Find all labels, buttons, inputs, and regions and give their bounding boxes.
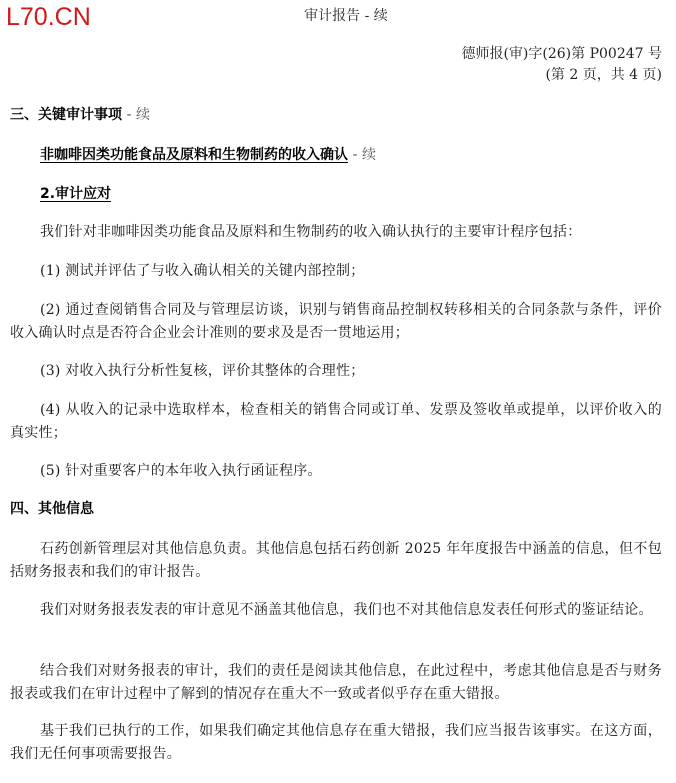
other-info-paragraph: 石药创新管理层对其他信息负责。其他信息包括石药创新 2025 年年度报告中涵盖的…	[10, 538, 662, 584]
section-3-title: 三、关键审计事项	[10, 107, 122, 123]
item-title: 2.审计应对	[40, 186, 111, 202]
report-reference: 德师报(审)字(26)第 P00247 号 (第 2 页，共 4 页)	[461, 44, 662, 86]
other-info-paragraph: 我们对财务报表发表的审计意见不涵盖其他信息，我们也不对其他信息发表任何形式的鉴证…	[10, 599, 662, 622]
procedure-item: (4) 从收入的记录中选取样本，检查相关的销售合同或订单、发票及签收单或提单，以…	[10, 399, 662, 445]
subsection-title: 非咖啡因类功能食品及原料和生物制药的收入确认	[40, 147, 348, 163]
item-heading: 2.审计应对	[40, 184, 111, 204]
procedure-item: (2) 通过查阅销售合同及与管理层访谈，识别与销售商品控制权转移相关的合同条款与…	[10, 299, 662, 345]
section-3-heading: 三、关键审计事项 - 续	[10, 105, 150, 125]
report-number: 德师报(审)字(26)第 P00247 号	[461, 44, 662, 65]
procedure-item: (3) 对收入执行分析性复核，评价其整体的合理性；	[10, 360, 662, 383]
procedure-item: (5) 针对重要客户的本年收入执行函证程序。	[10, 460, 662, 483]
continued-label: - 续	[122, 107, 150, 123]
section-4-heading: 四、其他信息	[10, 499, 94, 519]
page-info: (第 2 页，共 4 页)	[461, 65, 662, 86]
running-header: 审计报告 - 续	[0, 6, 676, 26]
subsection-heading: 非咖啡因类功能食品及原料和生物制药的收入确认 - 续	[40, 145, 376, 165]
other-info-paragraph: 结合我们对财务报表的审计，我们的责任是阅读其他信息，在此过程中，考虑其他信息是否…	[10, 660, 662, 706]
procedure-item: (1) 测试并评估了与收入确认相关的关键内部控制；	[10, 260, 662, 283]
continued-label: - 续	[348, 147, 376, 163]
procedures-intro: 我们针对非咖啡因类功能食品及原料和生物制药的收入确认执行的主要审计程序包括：	[10, 221, 662, 244]
other-info-paragraph: 基于我们已执行的工作，如果我们确定其他信息存在重大错报，我们应当报告该事实。在这…	[10, 720, 662, 766]
section-4-title: 四、其他信息	[10, 501, 94, 517]
